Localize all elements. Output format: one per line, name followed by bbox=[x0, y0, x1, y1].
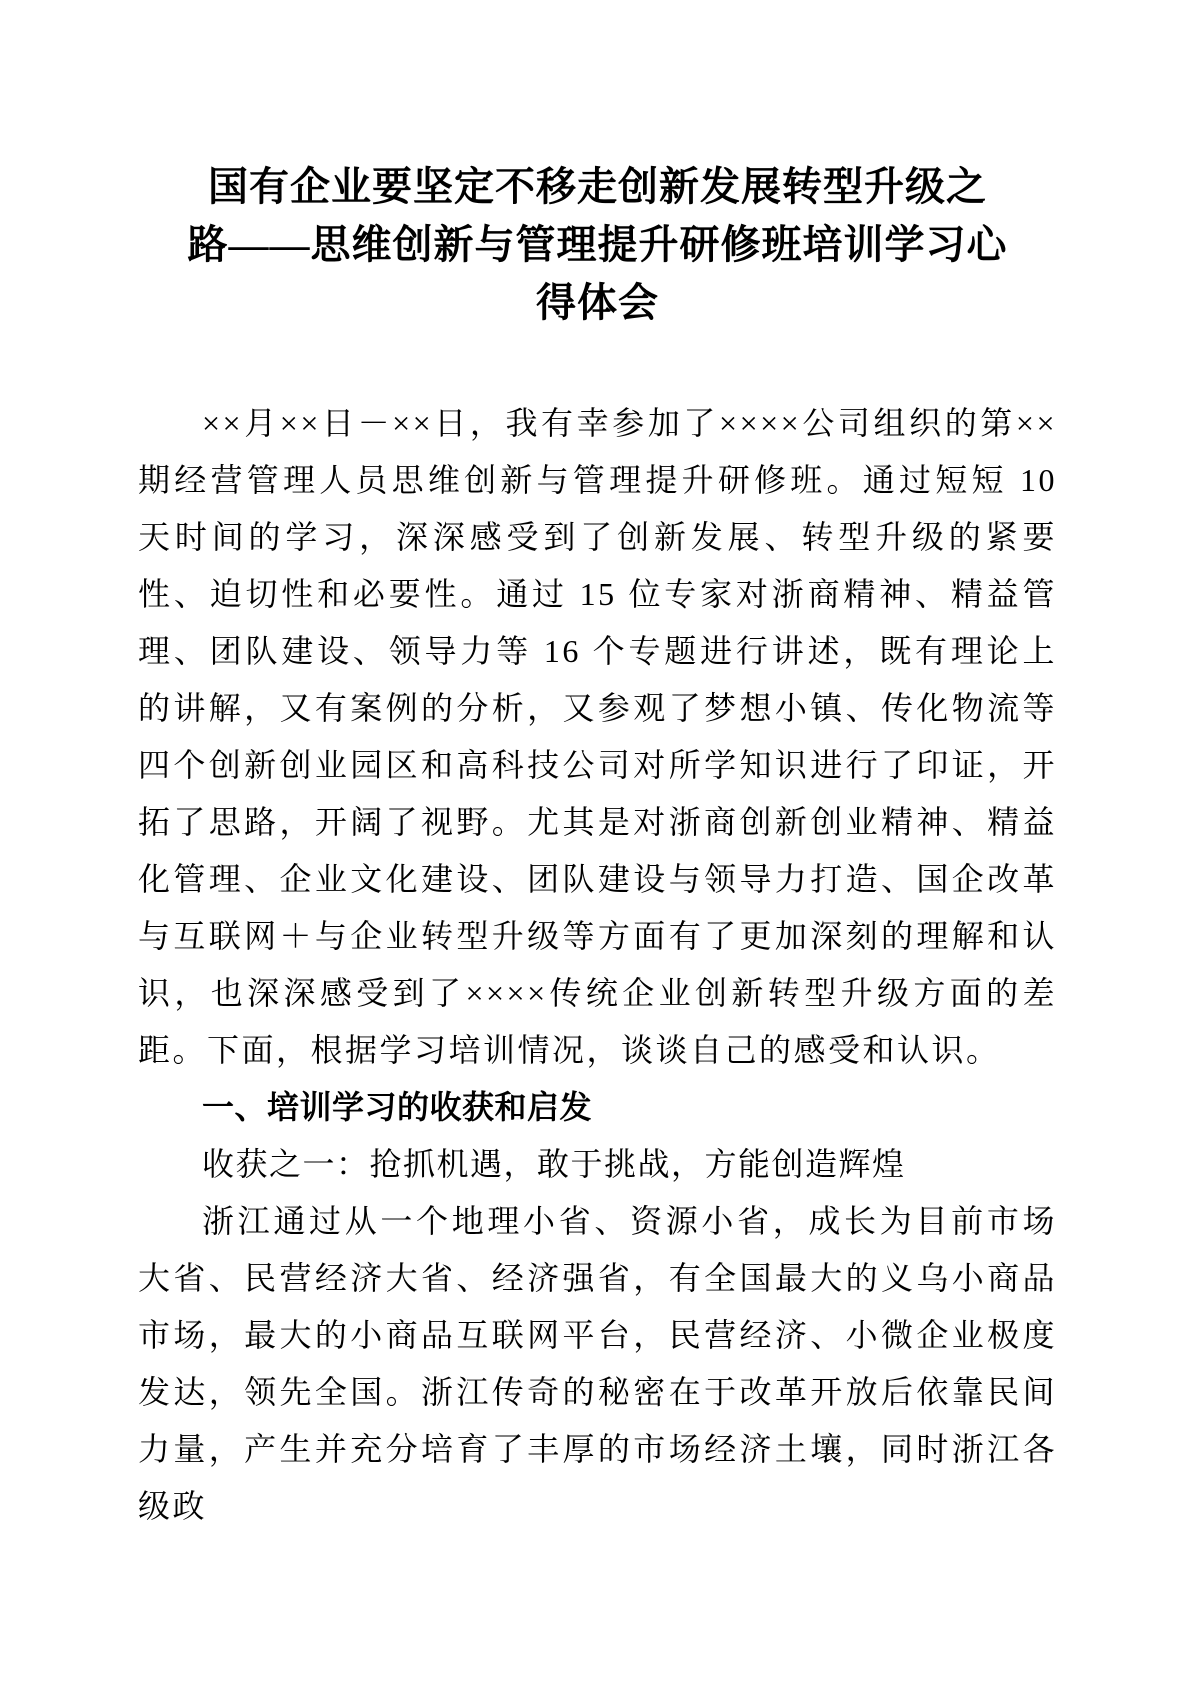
document-body: ××月××日－××日，我有幸参加了××××公司组织的第××期经营管理人员思维创新… bbox=[138, 395, 1057, 1535]
document-title: 国有企业要坚定不移走创新发展转型升级之路——思维创新与管理提升研修班培训学习心得… bbox=[138, 158, 1057, 332]
paragraph: ××月××日－××日，我有幸参加了××××公司组织的第××期经营管理人员思维创新… bbox=[138, 395, 1057, 1079]
paragraph: 浙江通过从一个地理小省、资源小省，成长为目前市场大省、民营经济大省、经济强省，有… bbox=[138, 1193, 1057, 1535]
section-heading: 一、培训学习的收获和启发 bbox=[138, 1079, 1057, 1136]
title-line: 路——思维创新与管理提升研修班培训学习心 bbox=[138, 216, 1057, 274]
sub-heading: 收获之一：抢抓机遇，敢于挑战，方能创造辉煌 bbox=[138, 1136, 1057, 1193]
document-page: 国有企业要坚定不移走创新发展转型升级之路——思维创新与管理提升研修班培训学习心得… bbox=[0, 0, 1190, 1683]
title-line: 得体会 bbox=[138, 274, 1057, 332]
title-line: 国有企业要坚定不移走创新发展转型升级之 bbox=[138, 158, 1057, 216]
